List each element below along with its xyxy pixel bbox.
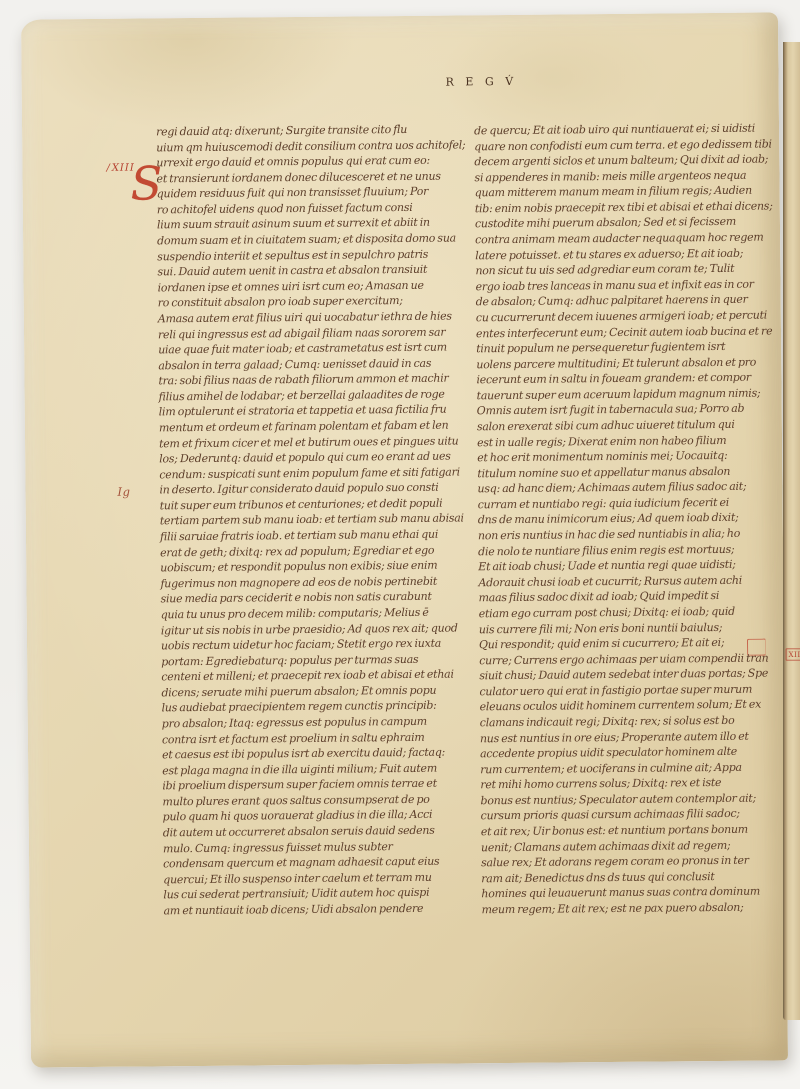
text-line: lus cui sederat pertransiuit; Uidit aute… — [163, 885, 475, 904]
folio-fore-edge: XIIII — [783, 42, 800, 1020]
text-line: usq: ad hanc diem; Achimaas autem filius… — [477, 479, 779, 497]
text-line: pro absalon; Itaq: egressus est populus … — [162, 713, 474, 732]
left-margin-note: Ig — [117, 485, 130, 499]
text-line: dit autem ut occurreret absalon seruis d… — [163, 822, 475, 841]
text-line: entes interfecerunt eum; Cecinit autem i… — [476, 323, 778, 341]
text-line: meum regem; Et ait rex; est ne pax puero… — [481, 899, 783, 917]
manuscript-page: R E G V́ XIII S Ig regi dauid atq: dixer… — [21, 12, 788, 1067]
text-line: eleuans oculos uidit hominem currentem s… — [480, 697, 782, 715]
text-line: uobis rectum uidetur hoc faciam; Stetit … — [161, 635, 473, 654]
text-line: rum currentem; et uociferans in culmine … — [480, 759, 782, 777]
text-line: salon erexerat sibi cum adhuc uiueret ti… — [477, 416, 779, 434]
text-line: am et nuntiauit ioab dicens; Uidi absalo… — [163, 900, 475, 919]
text-column-right: de quercu; Et ait ioab uiro qui nuntiaue… — [474, 120, 784, 917]
running-title: R E G V́ — [446, 75, 518, 89]
text-column-left: regi dauid atq: dixerunt; Surgite transi… — [156, 121, 476, 918]
text-line: quidem residuus fuit qui non transisset … — [157, 184, 469, 203]
text-line: non eris nuntius in hac die sed nuntiabi… — [478, 525, 780, 543]
chapter-number-fore-edge: XIIII — [786, 648, 800, 660]
text-line: salue rex; Et adorans regem coram eo pro… — [481, 853, 783, 871]
manuscript-photo: R E G V́ XIII S Ig regi dauid atq: dixer… — [0, 0, 800, 1089]
text-line: et ait rex; Uir bonus est: et nuntium po… — [481, 821, 783, 839]
